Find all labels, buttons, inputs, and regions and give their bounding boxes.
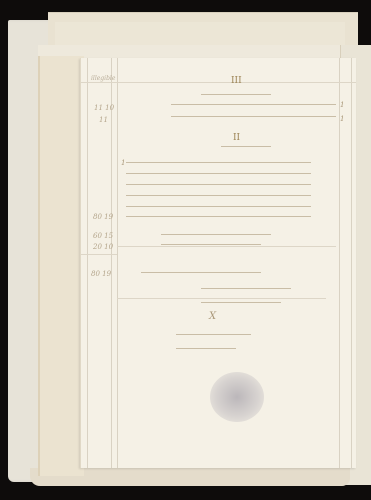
header-left-text: illegible <box>91 76 115 82</box>
margin-mark: 1 <box>340 116 344 123</box>
ink-line <box>126 206 311 207</box>
page-left-edge <box>38 56 84 476</box>
ink-line <box>126 195 311 196</box>
ink-line <box>126 184 311 185</box>
amount-rule <box>81 254 117 255</box>
amount: 80 19 <box>91 270 111 278</box>
ink-line <box>201 94 271 95</box>
amount: 80 19 <box>93 213 113 221</box>
amount: 60 15 <box>93 232 113 240</box>
cross-mark: X <box>209 312 216 322</box>
amount: 11 10 <box>94 104 114 112</box>
ink-line <box>141 272 261 273</box>
margin-rule <box>87 58 88 468</box>
amount: 11 <box>99 116 108 124</box>
ink-line <box>126 162 311 163</box>
total-rule <box>117 246 336 247</box>
header-rule <box>81 82 356 83</box>
ink-line <box>201 288 291 289</box>
ink-line <box>201 302 281 303</box>
right-margin-rule <box>351 58 352 468</box>
ink-line <box>126 173 311 174</box>
ink-line <box>176 348 236 349</box>
ink-line <box>126 216 311 217</box>
section-numeral-top: III <box>231 76 242 86</box>
ink-line <box>161 234 271 235</box>
margin-mark: 1 <box>340 102 344 109</box>
section-numeral-mid: II <box>233 133 240 143</box>
stain <box>210 372 264 422</box>
ink-line <box>176 334 251 335</box>
ink-line <box>171 104 336 105</box>
margin-mark: 1 <box>121 160 125 167</box>
amount-column-rule <box>111 58 112 468</box>
amount-column-rule <box>117 58 118 468</box>
amount: 20 10 <box>93 243 113 251</box>
total-rule <box>117 298 326 299</box>
ink-line <box>221 146 271 147</box>
ink-line <box>161 244 261 245</box>
ink-line <box>171 116 336 117</box>
